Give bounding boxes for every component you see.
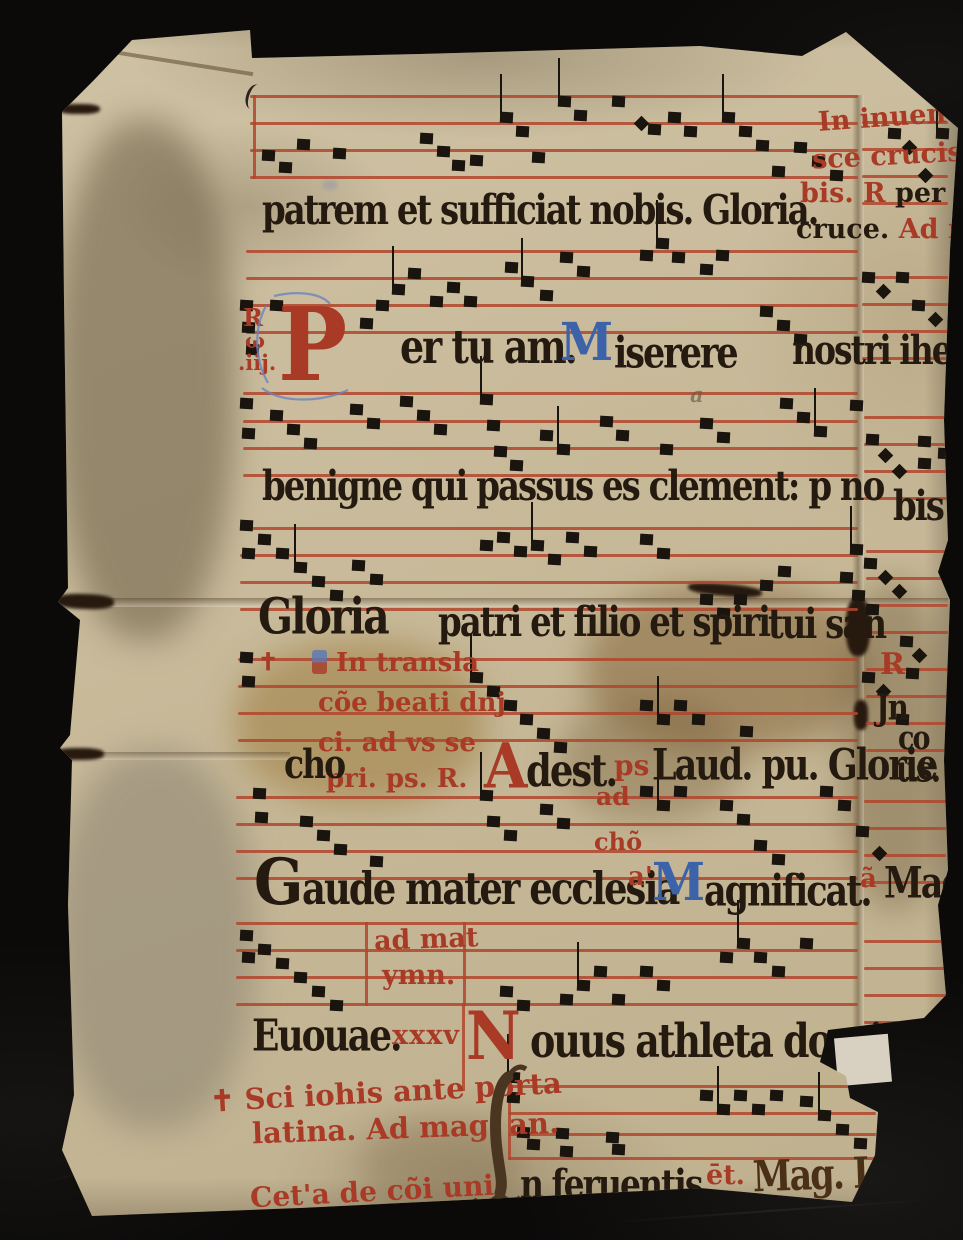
staff-line [864,827,946,830]
neume [700,264,714,276]
neume [500,986,514,998]
chant-line-6b: agnificat. [704,870,871,913]
neume [836,1124,850,1136]
neume [577,266,591,278]
neume [612,1144,626,1156]
chant-line-7: ouus athleta domi [530,1018,882,1064]
neume [896,272,910,284]
chant-line-8b: Mag. Le [752,1151,897,1199]
neume [537,728,551,740]
neume [430,296,444,308]
neume [255,812,269,824]
neume-stem [558,58,560,100]
chant-line-3-end: bis [893,486,943,527]
neume [540,804,554,816]
neume [660,444,674,456]
neume [367,418,381,430]
neume [906,668,920,680]
neume [606,1132,620,1144]
neume [684,126,698,138]
neume [838,800,852,812]
neume [777,320,791,332]
staff-line [864,800,946,803]
neume [240,652,254,664]
neume [918,458,932,470]
neume [242,952,256,964]
neume [287,424,301,436]
chant-line-1: patrem et sufficiat nobis. Gloria. [262,190,818,231]
neume [794,142,808,154]
manuscript-photo: In inuent sce crucis a bis. R per tu cru… [0,0,963,1240]
staff-line [246,250,858,253]
neume [856,826,870,838]
neume [770,1090,784,1102]
chant-line-8a: n feruentis. [520,1164,711,1204]
neume [242,548,256,560]
rubric-transla-2: cõe beati dnj [318,690,506,716]
staff-line [250,176,858,179]
initial-M-miserere: M [560,316,613,369]
neume [640,534,654,546]
rubric-top-right-3: bis. R per tu [800,180,963,207]
neume [487,420,501,432]
neume [740,726,754,738]
neume-stem [717,1066,719,1108]
neume [754,952,768,964]
staff-line [243,447,858,450]
rubric-text: Ad ma [899,214,963,245]
neume [692,714,706,726]
initial-M-magnificat: M [652,856,705,909]
neume [574,110,588,122]
chant-line-4a: Gloria [258,592,388,642]
neume [612,96,626,108]
neume [300,816,314,828]
neume [334,844,348,856]
background-scratch [600,1198,939,1224]
neume [918,436,932,448]
neume [800,938,814,950]
rubric-ad-mat: ad mat [374,924,479,955]
neume [276,548,290,560]
neume [938,448,952,460]
neume [242,676,256,688]
neume [497,532,511,544]
neume [640,966,654,978]
neume [560,252,574,264]
chant-text: per tu [895,178,963,209]
chant-line-2c: nostri ihe [792,330,951,370]
neume [504,830,518,842]
neume [532,152,546,164]
chant-line-6c: Mag [884,862,963,905]
neume [437,146,451,158]
chant-line-3: benigne qui passus es clement: p no [262,466,883,507]
neume [516,126,530,138]
neume [258,944,272,956]
staff-line [238,658,858,661]
neume-stem [392,246,394,288]
rubric-transla-1: In transla [336,650,479,676]
neume [640,250,654,262]
neume [560,994,574,1006]
neume-stem [818,1072,820,1114]
rubric-top-right-2: sce crucis a [811,137,963,173]
neume [739,126,753,138]
neume [754,840,768,852]
neume [616,430,630,442]
neume [408,268,422,280]
neume-stem [657,676,659,718]
neume [294,972,308,984]
neume-stem [557,406,559,448]
neume [417,410,431,422]
neume [270,410,284,422]
staff-line [866,550,948,553]
correction-mark-a: a [690,384,704,405]
staff-line [236,823,858,826]
chant-line-2b: iserere [614,332,737,375]
differentia-mark: xxxv [392,1022,460,1049]
neume [594,966,608,978]
responsory-mark: R [880,650,905,680]
neume [297,139,311,151]
neume [864,558,878,570]
rubric-transla-4: pri. ps. R. [326,766,467,792]
neume [720,800,734,812]
staff-line [240,527,858,530]
staff-line [864,940,948,943]
neume [262,150,276,162]
neume [333,148,347,160]
neume [566,532,580,544]
neume [548,554,562,566]
neume [900,636,914,648]
neume [242,428,256,440]
neume [640,700,654,712]
chant-line-4b: patri et filio et spiri [438,602,769,643]
neume [452,160,466,172]
neume [648,124,662,136]
neume [734,1090,748,1102]
staff-line [864,416,948,419]
neume [464,296,478,308]
neume [584,546,598,558]
neume [370,574,384,586]
staff-line [236,976,858,979]
neume [540,430,554,442]
neume [800,1096,814,1108]
neume [505,262,519,274]
neume [312,576,326,588]
chant-euouae: Euouae. [252,1014,401,1058]
neume [717,432,731,444]
neume [760,580,774,592]
tear [56,593,114,610]
neume [276,958,290,970]
tear [54,748,104,760]
tear [58,104,100,114]
neume [862,272,876,284]
neume [674,700,688,712]
neume-stem [500,74,502,116]
staff-line [250,95,858,98]
neume [760,306,774,318]
staff-barline [365,922,368,1006]
neume [716,250,730,262]
initial-G: G [254,850,304,914]
neume [866,434,880,446]
neume [657,548,671,560]
neume [850,400,864,412]
neume-stem [521,238,523,280]
chant-line-4c: tui san [768,604,885,645]
neume-stem [577,942,579,984]
neume [480,540,494,552]
rubric-top-right-4: cruce. Ad ma [796,216,963,243]
neume [494,446,508,458]
rubric-ps: ps [614,752,649,780]
neume [434,424,448,436]
cross-mark: ✝ [258,650,278,674]
rubric-et: ēt. [706,1162,745,1189]
neume [912,300,926,312]
neume [840,572,854,584]
chant-line-2a: er tu am. [400,324,576,370]
neume [668,112,682,124]
neume [657,980,671,992]
neume-stem [294,524,296,566]
neume [352,560,366,572]
neume [312,986,326,998]
neume [862,672,876,684]
neume [540,290,554,302]
neume [612,994,626,1006]
neume-stem [722,74,724,116]
staff-line [862,303,948,306]
neume-stem [814,388,816,430]
neume [304,438,318,450]
neume [317,830,331,842]
neume [600,416,614,428]
neume [240,520,254,532]
staff-line [864,994,948,997]
initial-A: A [484,736,527,798]
neume [420,133,434,145]
neume [737,814,751,826]
neume [752,1104,766,1116]
staff-line [250,122,858,125]
neume [447,282,461,294]
staff-line [236,922,858,925]
neume [797,412,811,424]
chant-line-5c: us. [896,752,939,789]
parchment-leaf: In inuent sce crucis a bis. R per tu cru… [0,0,963,1240]
neume [772,166,786,178]
staff-barline [253,95,256,179]
neume [470,155,484,167]
neume [772,854,786,866]
neume [720,952,734,964]
neume [557,818,571,830]
antiphon-mark: a' [628,864,653,890]
paraph-mark [312,650,327,674]
staff-line [246,277,858,280]
initial-P: P [278,294,347,395]
neume [258,534,272,546]
neume [487,816,501,828]
neume [700,1090,714,1102]
tear [854,700,868,730]
neume [700,418,714,430]
antiphon-mark: ã [860,866,877,892]
chant-cho: cho [284,744,344,784]
neume [520,714,534,726]
neume [240,930,254,942]
neume [778,566,792,578]
chant-line-6a: aude mater ecclesia [302,866,678,911]
neume-stem [850,506,852,548]
neume-stem [480,752,482,794]
staff-line [243,420,858,423]
staff-line [864,967,948,970]
neume [780,398,794,410]
rubric-cho: chõ [594,830,642,854]
rubric-ad: ad [596,784,630,809]
neume [756,140,770,152]
neume [253,788,267,800]
rubric-ymn: ymn. [382,962,455,989]
neume [514,546,528,558]
chant-line-5b: Laud. pu. Glorie [652,744,936,787]
neume [772,966,786,978]
neume [279,162,293,174]
neume [672,252,686,264]
